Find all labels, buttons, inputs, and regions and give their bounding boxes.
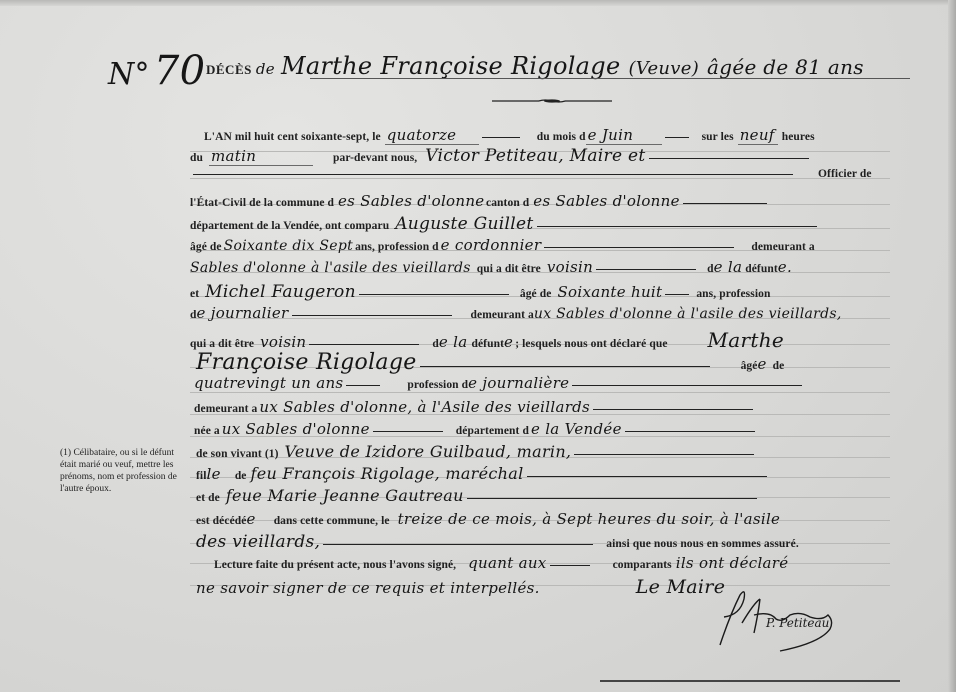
gender-suffix: e. (778, 258, 792, 276)
deceased-name: Marthe Françoise Rigolage (281, 52, 621, 80)
gender-suffix: e la (714, 258, 743, 276)
line-deceased-name: Françoise Rigolage âgé e de (196, 350, 784, 375)
gender-suffix: le (207, 465, 221, 483)
number-prefix: N° (108, 57, 150, 92)
record-title: DÉCÈS de Marthe Françoise Rigolage (Veuv… (206, 52, 864, 80)
printed-text: née a (194, 425, 220, 437)
de-connector: de (256, 60, 275, 78)
witness2-relation-field: voisin (260, 333, 306, 351)
birth-department-field: e la Vendée (531, 420, 622, 438)
line-birthplace: née a ux Sables d'olonne département d e… (194, 420, 758, 438)
printed-text: de (773, 360, 785, 372)
line-commune: l'État-Civil de la commune d es Sables d… (190, 192, 770, 210)
mother-field: feue Marie Jeanne Gautreau (226, 486, 464, 505)
fill-line (292, 315, 452, 316)
line-signing: ne savoir signer de ce requis et interpe… (196, 576, 725, 598)
gender-suffix: e la (439, 333, 468, 351)
gender-suffix: e (504, 333, 513, 351)
fill-line (665, 294, 689, 295)
printed-text: défunt (471, 338, 504, 350)
line-witness2-profession: d e journalier demeurant a ux Sables d'o… (190, 304, 842, 322)
printed-text: sur les (702, 131, 734, 143)
fill-line (346, 385, 380, 386)
fill-line (193, 174, 793, 175)
witness1-age-field: Soixante dix Sept (224, 238, 353, 254)
printed-text: du mois d (537, 131, 586, 143)
printed-text: ainsi que nous nous en sommes assuré. (606, 538, 799, 550)
fill-line (544, 247, 734, 248)
printed-text: heures (782, 131, 815, 143)
time-of-day-field: matin (209, 147, 313, 166)
footnote: (1) Célibataire, ou si le défunt était m… (60, 447, 188, 495)
ornament-divider (462, 99, 642, 103)
line-deceased-residence: demeurant a ux Sables d'olonne, à l'Asil… (194, 398, 756, 416)
witness1-profession-field: e cordonnier (441, 236, 542, 254)
record-number-value: 70 (154, 48, 206, 94)
fill-line (596, 269, 696, 270)
bottom-rule (600, 680, 900, 682)
line-officier: Officier de (190, 168, 872, 180)
deceased-first-name-field: Marthe (708, 328, 785, 352)
line-witness1-age: âgé de Soixante dix Sept ans, profession… (190, 236, 815, 254)
ruled-line (190, 392, 890, 393)
gender-suffix: e (247, 510, 256, 528)
death-date-field: treize de ce mois, à Sept heures du soir… (398, 510, 781, 528)
line-death-date: est décédé e dans cette commune, le trei… (196, 510, 780, 528)
printed-text: qui a dit être (477, 263, 541, 275)
printed-text: L'AN mil huit cent soixante-sept, le (204, 131, 381, 143)
printed-text: profession d (407, 379, 468, 391)
printed-text: âgé (741, 360, 758, 372)
witness1-residence-field: Sables d'olonne à l'asile des vieillards (190, 260, 471, 276)
page-top-edge (0, 0, 956, 6)
printed-text: département de la Vendée, ont comparu (190, 220, 389, 232)
witness1-relation-field: voisin (547, 258, 593, 276)
civil-death-record-page: N° 70 DÉCÈS de Marthe Françoise Rigolage… (0, 0, 956, 692)
deceased-residence-field: ux Sables d'olonne, à l'Asile des vieill… (259, 398, 590, 416)
declaration-field: ils ont déclaré (676, 554, 789, 572)
fill-line (550, 565, 590, 566)
line-deceased-age: quatrevingt un ans profession d e journa… (194, 374, 805, 392)
printed-text: Lecture faite du présent acte, nous l'av… (214, 559, 456, 571)
line-officer: du matin par-devant nous, Victor Petitea… (190, 146, 812, 166)
commune-field: es Sables d'olonne (338, 192, 478, 210)
widow-status: (Veuve) (628, 58, 699, 79)
witness1-name-field: Auguste Guillet (395, 214, 533, 234)
fill-line (537, 226, 817, 227)
printed-text: de son vivant (1) (196, 448, 279, 460)
deceased-age-field: quatrevingt un ans (194, 374, 343, 392)
fill-line (420, 366, 710, 367)
title-underline (310, 78, 910, 79)
printed-text: défunt (745, 263, 778, 275)
witness2-name-field: Michel Faugeron (205, 282, 356, 302)
fill-line (527, 476, 767, 477)
fill-line (467, 498, 757, 499)
page-right-edge (948, 0, 956, 692)
printed-text: comparants (613, 559, 672, 571)
printed-text: demeurant a (471, 309, 534, 321)
fill-line (572, 385, 802, 386)
printed-text: demeurant a (751, 241, 814, 253)
deceased-profession-field: e journalière (468, 374, 569, 392)
witness2-age-field: Soixante huit (557, 283, 662, 301)
day-field: quatorze (385, 126, 479, 145)
printed-text: département d (456, 425, 529, 437)
printed-text: est décédé (196, 515, 247, 527)
signing-statement-field: ne savoir signer de ce requis et interpe… (196, 579, 540, 597)
line-reading: Lecture faite du présent acte, nous l'av… (214, 554, 788, 572)
mayor-signature: P. Petiteau (710, 585, 860, 655)
line-mother: et de feue Marie Jeanne Gautreau (196, 486, 760, 505)
line-witness1-residence: Sables d'olonne à l'asile des vieillards… (190, 258, 792, 276)
gender-suffix: e (757, 355, 766, 373)
printed-text: ans, profession (696, 288, 770, 300)
line-death-place: des vieillards, ainsi que nous nous en s… (196, 532, 799, 552)
deceased-name-field: Françoise Rigolage (196, 350, 417, 375)
fill-line (373, 431, 443, 432)
printed-text: et de (196, 492, 220, 504)
father-field: feu François Rigolage, maréchal (251, 464, 524, 483)
fill-line (309, 344, 419, 345)
hour-field: neuf (738, 126, 778, 145)
line-father: fil le de feu François Rigolage, marécha… (196, 464, 770, 483)
printed-text: et (190, 288, 199, 300)
birthplace-field: ux Sables d'olonne (222, 420, 370, 438)
printed-text: Officier de (818, 168, 872, 180)
record-number: N° 70 (108, 48, 205, 94)
fill-line (683, 203, 767, 204)
printed-text: ; lesquels nous ont déclaré que (515, 338, 667, 350)
printed-text: fil (196, 470, 207, 482)
canton-field: es Sables d'olonne (533, 192, 680, 210)
fill-line (625, 431, 755, 432)
age-phrase: âgée de 81 ans (707, 55, 864, 79)
death-place-field: des vieillards, (196, 532, 320, 552)
month-field: e Juin (586, 126, 662, 145)
line-year-date: L'AN mil huit cent soixante-sept, le qua… (204, 126, 815, 145)
printed-text: du (190, 152, 203, 164)
fill-line (359, 294, 509, 295)
printed-text: par-devant nous, (333, 152, 417, 164)
line-marital-status: de son vivant (1) Veuve de Izidore Guilb… (196, 442, 757, 461)
witness2-residence-field: ux Sables d'olonne à l'asile des vieilla… (534, 306, 842, 322)
printed-text: de (235, 470, 247, 482)
fill-line (574, 454, 754, 455)
printed-text: l'État-Civil de la commune d (190, 197, 334, 209)
fill-line (323, 544, 593, 545)
fill-line (665, 137, 689, 138)
line-comparu: département de la Vendée, ont comparu Au… (190, 214, 820, 234)
printed-text: qui a dit être (190, 338, 254, 350)
printed-text: canton d (486, 197, 529, 209)
printed-text: âgé de (520, 288, 552, 300)
witness2-profession-field: e journalier (197, 304, 289, 322)
mayor-name-field: Victor Petiteau, Maire et (425, 146, 645, 166)
line-witness2: et Michel Faugeron âgé de Soixante huit … (190, 282, 770, 302)
signing-note-field: quant aux (468, 554, 546, 572)
fill-line (649, 158, 809, 159)
printed-text: ans, profession d (355, 241, 439, 253)
fill-line (593, 409, 753, 410)
printed-text: demeurant a (194, 403, 257, 415)
spouse-field: Veuve de Izidore Guilbaud, marin, (285, 442, 572, 461)
line-declaration: qui a dit être voisin d e la défunt e ; … (190, 328, 784, 352)
printed-text: âgé de (190, 241, 222, 253)
deces-label: DÉCÈS (206, 62, 252, 78)
signature-text: P. Petiteau (765, 616, 829, 630)
printed-text: dans cette commune, le (274, 515, 390, 527)
fill-line (482, 137, 520, 138)
